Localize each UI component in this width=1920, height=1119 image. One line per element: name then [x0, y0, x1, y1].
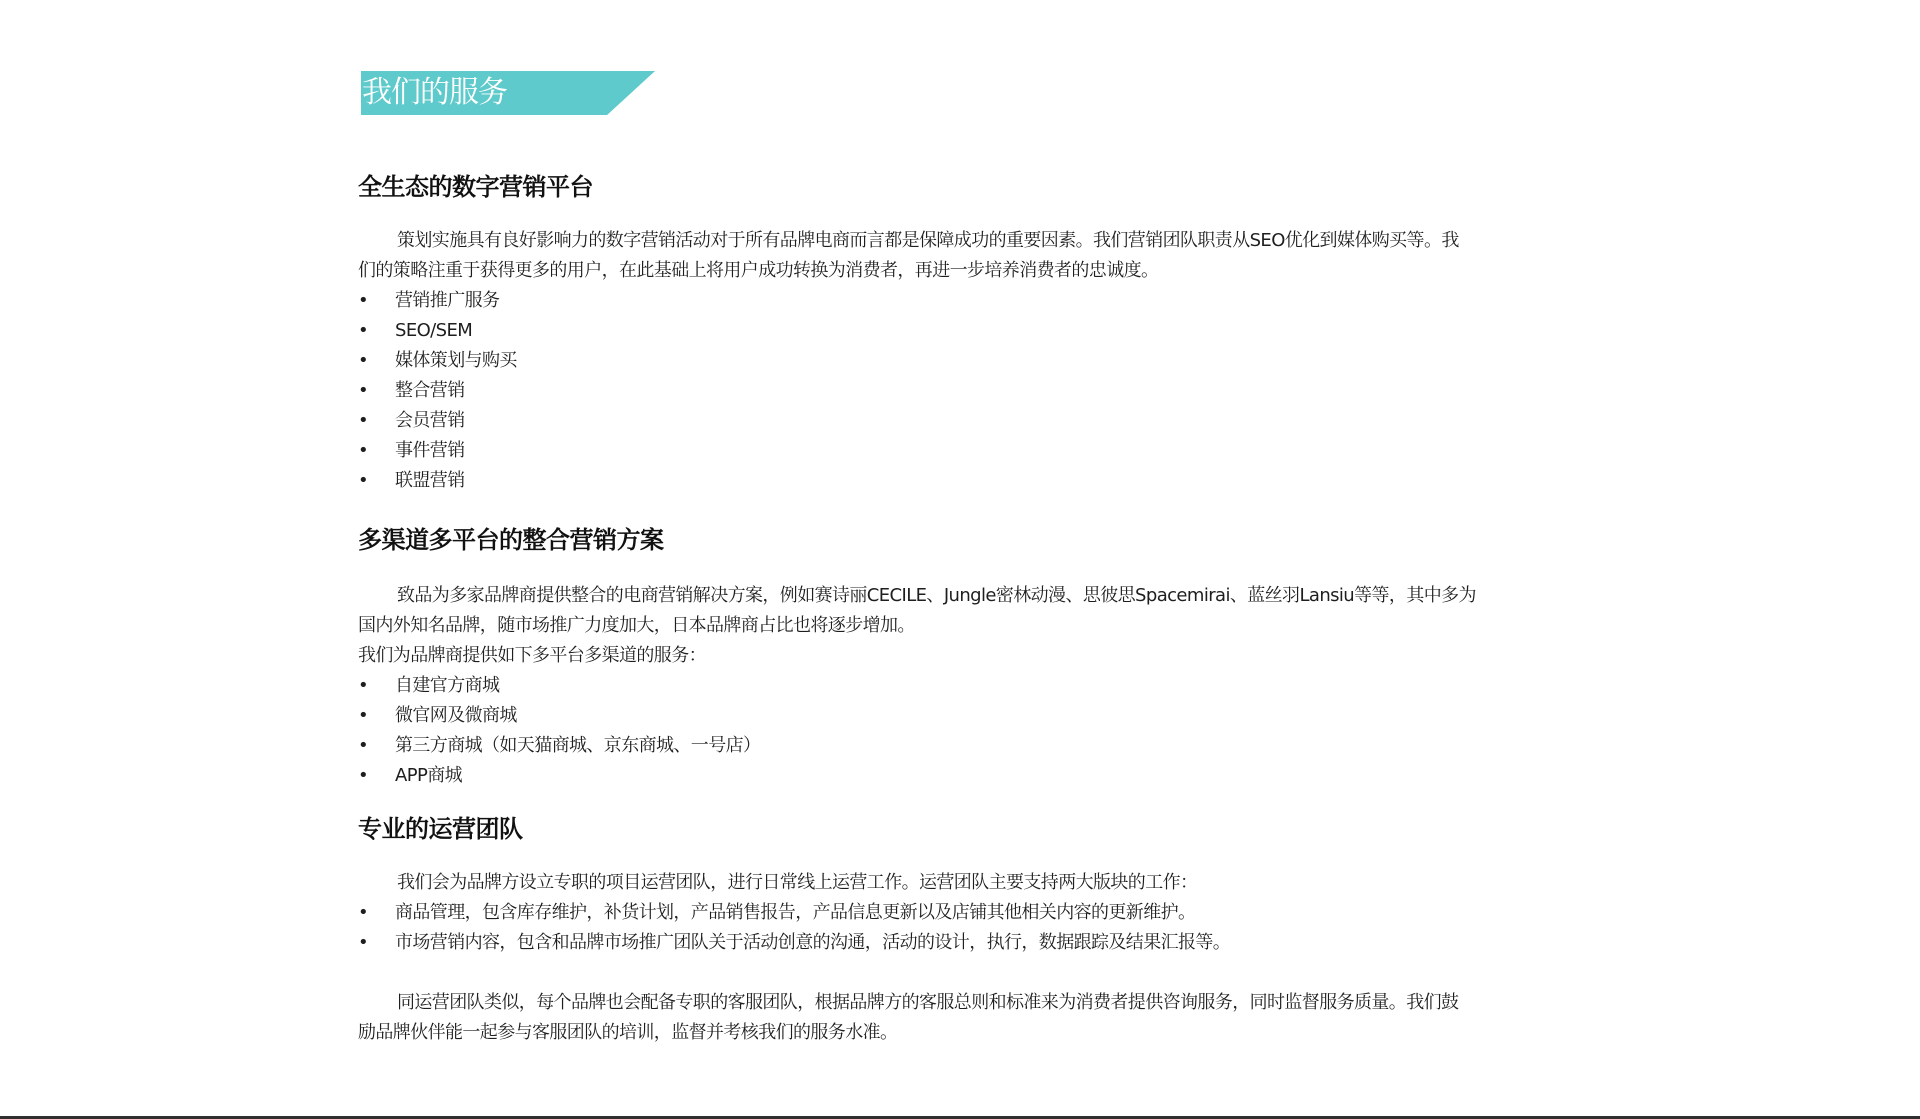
bullet-icon: •: [358, 376, 370, 406]
section-heading-multichannel: 多渠道多平台的整合营销方案: [358, 525, 664, 555]
paragraph-line: 致品为多家品牌商提供整合的电商营销解决方案，例如赛诗丽CECILE、Jungle…: [397, 581, 1476, 611]
paragraph-line: 同运营团队类似，每个品牌也会配备专职的客服团队，根据品牌方的客服总则和标准来为消…: [397, 988, 1458, 1018]
paragraph-line: 励品牌伙伴能一起参与客服团队的培训，监督并考核我们的服务水准。: [358, 1018, 897, 1048]
bullet-icon: •: [358, 928, 370, 958]
bullet-icon: •: [358, 731, 370, 761]
bullet-icon: •: [358, 286, 370, 316]
banner-title: 我们的服务: [362, 75, 507, 111]
bullet-icon: •: [358, 436, 370, 466]
paragraph-line: 我们为品牌商提供如下多平台多渠道的服务：: [358, 641, 706, 671]
bullet-icon: •: [358, 701, 370, 731]
bullet-icon: •: [358, 406, 370, 436]
bullet-icon: •: [358, 466, 370, 496]
paragraph-line: 策划实施具有良好影响力的数字营销活动对于所有品牌电商而言都是保障成功的重要因素。…: [397, 226, 1459, 256]
paragraph-line: 们的策略注重于获得更多的用户，在此基础上将用户成功转换为消费者，再进一步培养消费…: [358, 256, 1158, 286]
paragraph-line: 国内外知名品牌，随市场推广力度加大，日本品牌商占比也将逐步增加。: [358, 611, 915, 641]
bullet-icon: •: [358, 671, 370, 701]
bullet-icon: •: [358, 346, 370, 376]
paragraph-line: 我们会为品牌方设立专职的项目运营团队，进行日常线上运营工作。运营团队主要支持两大…: [397, 868, 1197, 898]
section-heading-operations-team: 专业的运营团队: [358, 814, 523, 844]
section-banner: 我们的服务: [361, 71, 655, 115]
bullet-icon: •: [358, 898, 370, 928]
bullet-icon: •: [358, 316, 370, 346]
section-heading-digital-marketing: 全生态的数字营销平台: [358, 172, 593, 202]
bullet-icon: •: [358, 761, 370, 791]
